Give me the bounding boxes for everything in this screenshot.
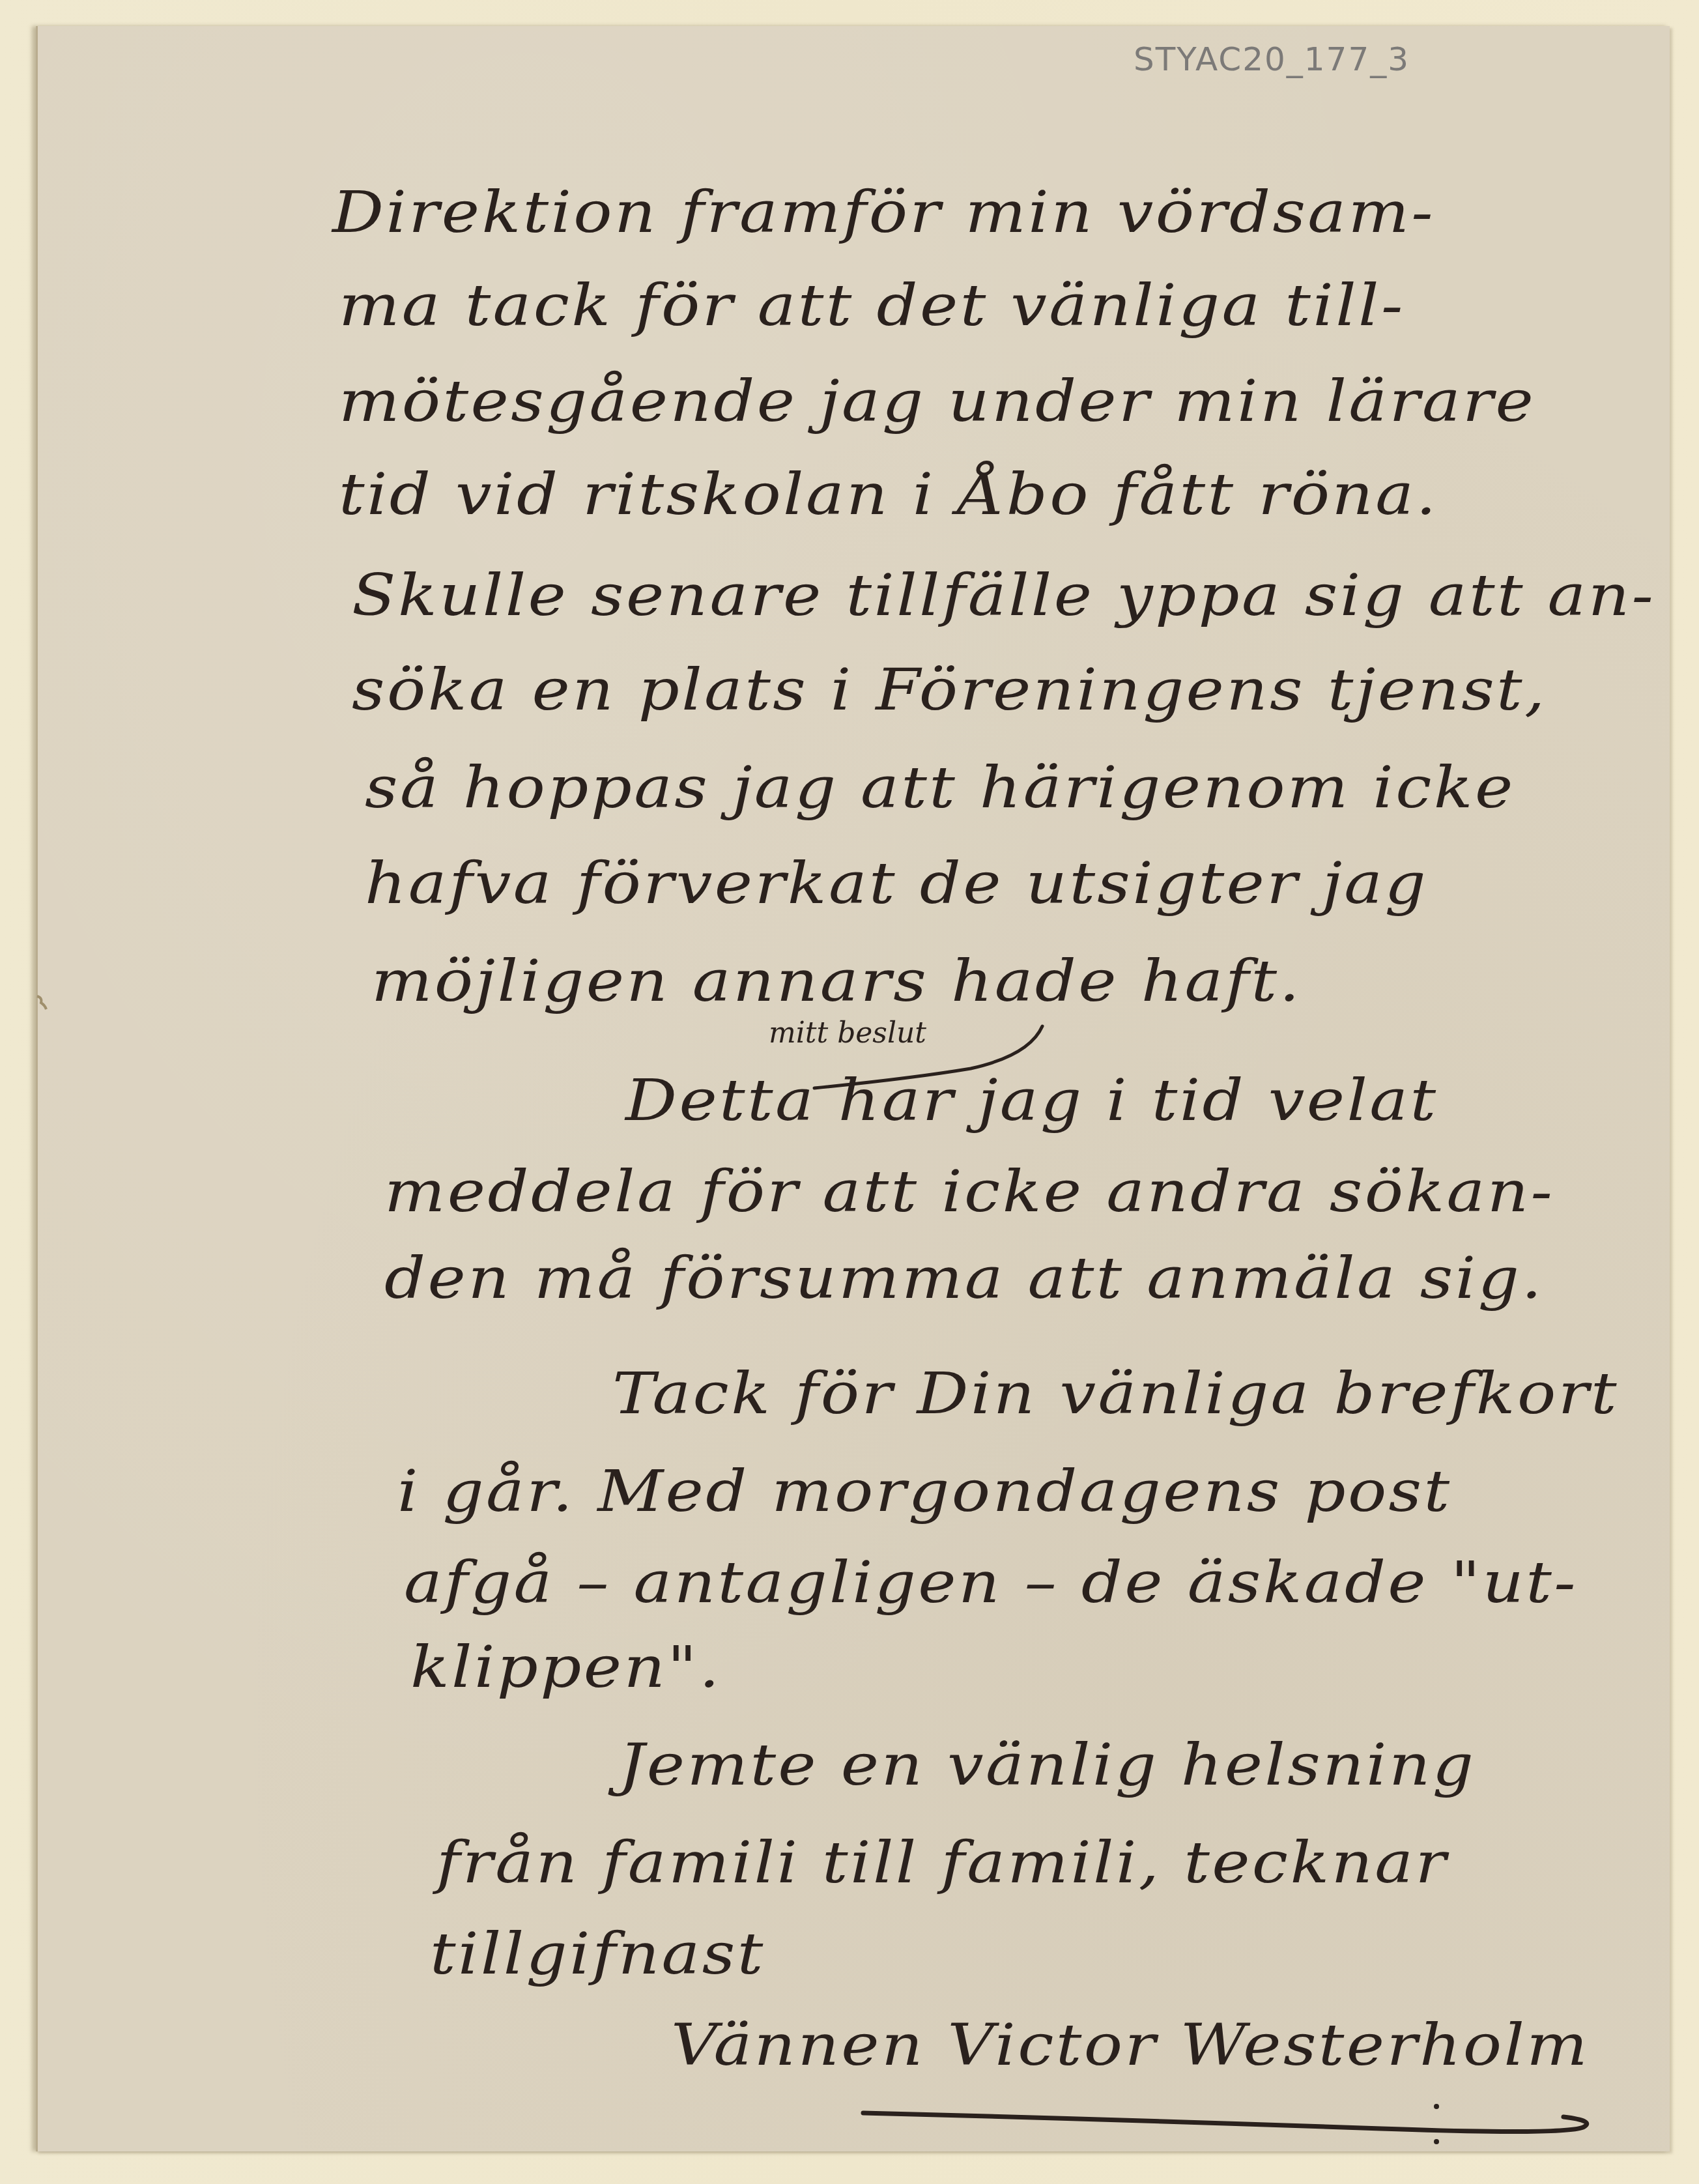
letter-line-5: Skulle senare tillfälle yppa sig att an- [352, 567, 1655, 624]
letter-line-4: tid vid ritskolan i Åbo fått röna. [339, 466, 1438, 523]
letter-line-14: i går. Med morgondagens post [397, 1463, 1451, 1520]
signature: Vännen Victor Westerholm [671, 2017, 1590, 2074]
letter-line-12: den må försumma att anmäla sig. [384, 1250, 1544, 1307]
letter-line-15: afgå – antagligen – de äskade "ut- [404, 1554, 1578, 1611]
letter-line-9: möjligen annars hade haft. [371, 953, 1302, 1010]
letter-line-11: meddela för att icke andra sökan- [384, 1163, 1554, 1220]
letter-line-1: Direktion framför min vördsam- [332, 184, 1435, 241]
letter-line-17: Jemte en vänlig helsning [619, 1736, 1476, 1794]
letter-line-3: mötesgående jag under min lärare [339, 373, 1535, 430]
letter-line-2: ma tack för att det vänliga till- [339, 277, 1405, 334]
letter-line-16: klippen". [410, 1639, 722, 1696]
paper-edge-tear [36, 994, 49, 1013]
letter-line-19: tillgifnast [430, 1925, 765, 1983]
letter-line-8: hafva förverkat de utsigter jag [365, 855, 1428, 912]
letter-line-18: från famili till famili, tecknar [436, 1834, 1448, 1891]
letter-line-7: så hoppas jag att härigenom icke [365, 759, 1515, 816]
signature-underline-flourish [860, 2101, 1616, 2147]
archive-shelfmark: STYAC20_177_3 [1134, 40, 1410, 78]
letter-line-10: Detta har jag i tid velat [625, 1072, 1438, 1129]
letter-line-6: söka en plats i Föreningens tjenst, [352, 661, 1547, 719]
letter-line-13: Tack för Din vänliga brefkort [612, 1365, 1619, 1422]
